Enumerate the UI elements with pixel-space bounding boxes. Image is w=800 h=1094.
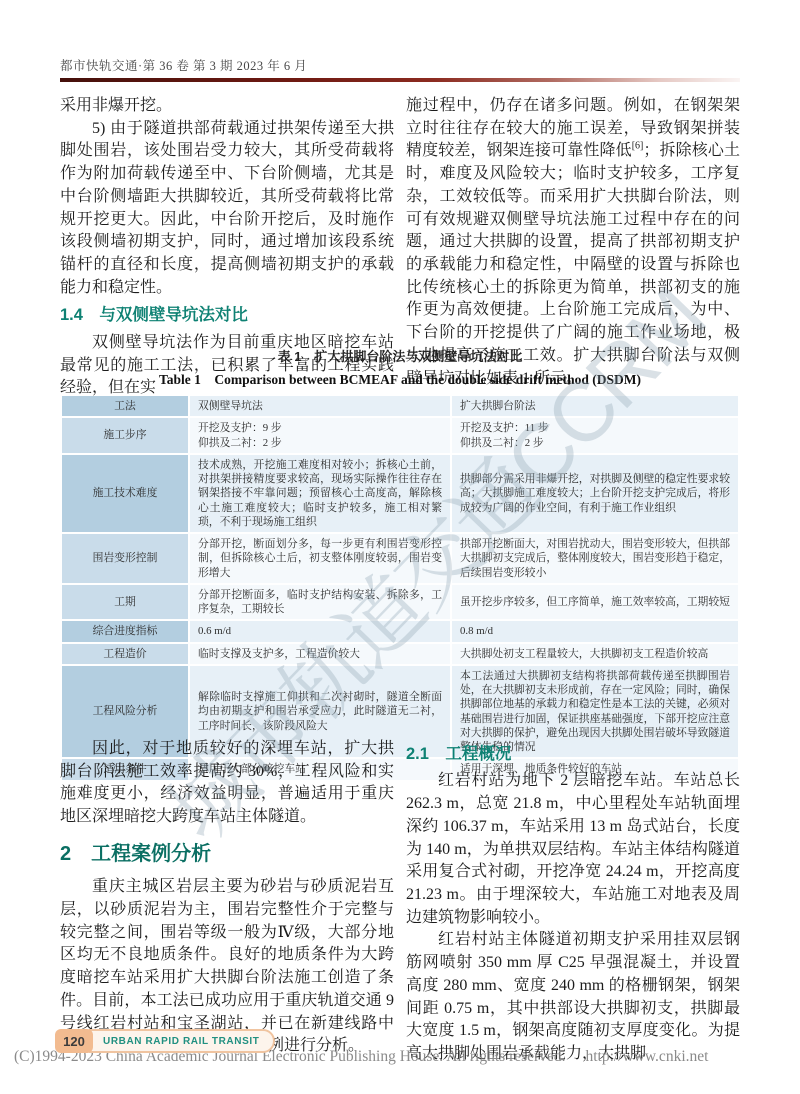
- comparison-table-section: 表 1 扩大拱脚台阶法与双侧壁导坑法对比 Table 1 Comparison …: [60, 346, 740, 782]
- citation-ref: [6]: [632, 141, 644, 152]
- left-column-bottom: 因此，对于地质较好的深埋车站，扩大拱脚台阶法施工效率提高约 30%，工程风险和实…: [60, 738, 394, 1058]
- table-row: 施工技术难度技术成熟，开挖施工难度相对较小；拆核心土前，对拱架拼接精度要求较高，…: [62, 455, 738, 532]
- table-row: 综合进度指标0.6 m/d0.8 m/d: [62, 621, 738, 641]
- row-label: 工法: [62, 396, 188, 416]
- cell-dsdm: 0.6 m/d: [190, 621, 450, 641]
- paper-page: 都市快轨交通·第 36 卷 第 3 期 2023 年 6 月 采用非爆开挖。 5…: [0, 0, 800, 1094]
- row-label: 工程造价: [62, 644, 188, 664]
- paragraph: 红岩村站为地下 2 层暗挖车站。车站总长 262.3 m，总宽 21.8 m，中…: [406, 770, 740, 929]
- header-rule: [60, 78, 740, 82]
- row-label: 施工技术难度: [62, 455, 188, 532]
- row-label: 综合进度指标: [62, 621, 188, 641]
- footer-badge: 120 URBAN RAPID RAIL TRANSIT: [55, 1029, 275, 1053]
- cell-dsdm: 临时支撑及支护多，工程造价较大: [190, 644, 450, 664]
- page-number: 120: [55, 1029, 93, 1053]
- table-row: 工法双侧壁导坑法扩大拱脚台阶法: [62, 396, 738, 416]
- cell-bcmeaf: 0.8 m/d: [452, 621, 738, 641]
- journal-header-info: 都市快轨交通·第 36 卷 第 3 期 2023 年 6 月: [60, 56, 307, 74]
- cell-bcmeaf: 开挖及支护：11 步 仰拱及二衬：2 步: [452, 418, 738, 453]
- subsection-heading-1-4: 1.4 与双侧壁导坑法对比: [60, 304, 394, 327]
- paragraph: 采用非爆开挖。: [60, 95, 394, 118]
- cell-bcmeaf: 扩大拱脚台阶法: [452, 396, 738, 416]
- paragraph: 因此，对于地质较好的深埋车站，扩大拱脚台阶法施工效率提高约 30%，工程风险和实…: [60, 738, 394, 829]
- comparison-table: 工法双侧壁导坑法扩大拱脚台阶法施工步序开挖及支护：9 步 仰拱及二衬：2 步开挖…: [60, 394, 740, 782]
- subsection-heading-2-1: 2.1 工程概况: [406, 743, 740, 766]
- table-row: 工期分部开挖断面多，临时支护结构安装、拆除多，工序复杂，工期较长虽开挖步序较多，…: [62, 585, 738, 620]
- cell-bcmeaf: 拱脚部分需采用非爆开挖，对拱脚及侧壁的稳定性要求较高；大拱脚施工难度较大；上台阶…: [452, 455, 738, 532]
- section-heading-2: 2 工程案例分析: [60, 840, 394, 868]
- cell-dsdm: 开挖及支护：9 步 仰拱及二衬：2 步: [190, 418, 450, 453]
- right-column-bottom: 2.1 工程概况 红岩村站为地下 2 层暗挖车站。车站总长 262.3 m，总宽…: [406, 738, 740, 1066]
- table-row: 工程造价临时支撑及支护多，工程造价较大大拱脚处初支工程量较大，大拱脚初支工程造价…: [62, 644, 738, 664]
- cell-bcmeaf: 大拱脚处初支工程量较大，大拱脚初支工程造价较高: [452, 644, 738, 664]
- cell-dsdm: 分部开挖，断面划分多，每一步更有利围岩变形控制，但拆除核心土后，初支整体刚度较弱…: [190, 534, 450, 583]
- comparison-table-body: 工法双侧壁导坑法扩大拱脚台阶法施工步序开挖及支护：9 步 仰拱及二衬：2 步开挖…: [62, 396, 738, 780]
- journal-name-en: URBAN RAPID RAIL TRANSIT: [89, 1029, 275, 1053]
- row-label: 施工步序: [62, 418, 188, 453]
- cell-bcmeaf: 拱部开挖断面大，对围岩扰动大，围岩变形较大，但拱部大拱脚初支完成后，整体刚度较大…: [452, 534, 738, 583]
- table-caption-zh: 表 1 扩大拱脚台阶法与双侧壁导坑法对比: [60, 346, 740, 365]
- cell-dsdm: 分部开挖断面多，临时支护结构安装、拆除多，工序复杂，工期较长: [190, 585, 450, 620]
- cnki-url: http://www.cnki.net: [585, 1048, 708, 1065]
- table-row: 施工步序开挖及支护：9 步 仰拱及二衬：2 步开挖及支护：11 步 仰拱及二衬：…: [62, 418, 738, 453]
- paragraph: 红岩村站主体隧道初期支护采用挂双层钢筋网喷射 350 mm 厚 C25 早强混凝…: [406, 929, 740, 1065]
- row-label: 工期: [62, 585, 188, 620]
- cell-dsdm: 技术成熟，开挖施工难度相对较小；拆核心土前，对拱架拼接精度要求较高，现场实际操作…: [190, 455, 450, 532]
- table-row: 围岩变形控制分部开挖，断面划分多，每一步更有利围岩变形控制，但拆除核心土后，初支…: [62, 534, 738, 583]
- cell-bcmeaf: 虽开挖步序较多，但工序简单，施工效率较高，工期较短: [452, 585, 738, 620]
- table-caption-en: Table 1 Comparison between BCMEAF and th…: [60, 368, 740, 388]
- cell-dsdm: 双侧壁导坑法: [190, 396, 450, 416]
- row-label: 围岩变形控制: [62, 534, 188, 583]
- paragraph: 5) 由于隧道拱部荷载通过拱架传递至大拱脚处围岩，该处围岩受力较大，其所受荷载将…: [60, 118, 394, 300]
